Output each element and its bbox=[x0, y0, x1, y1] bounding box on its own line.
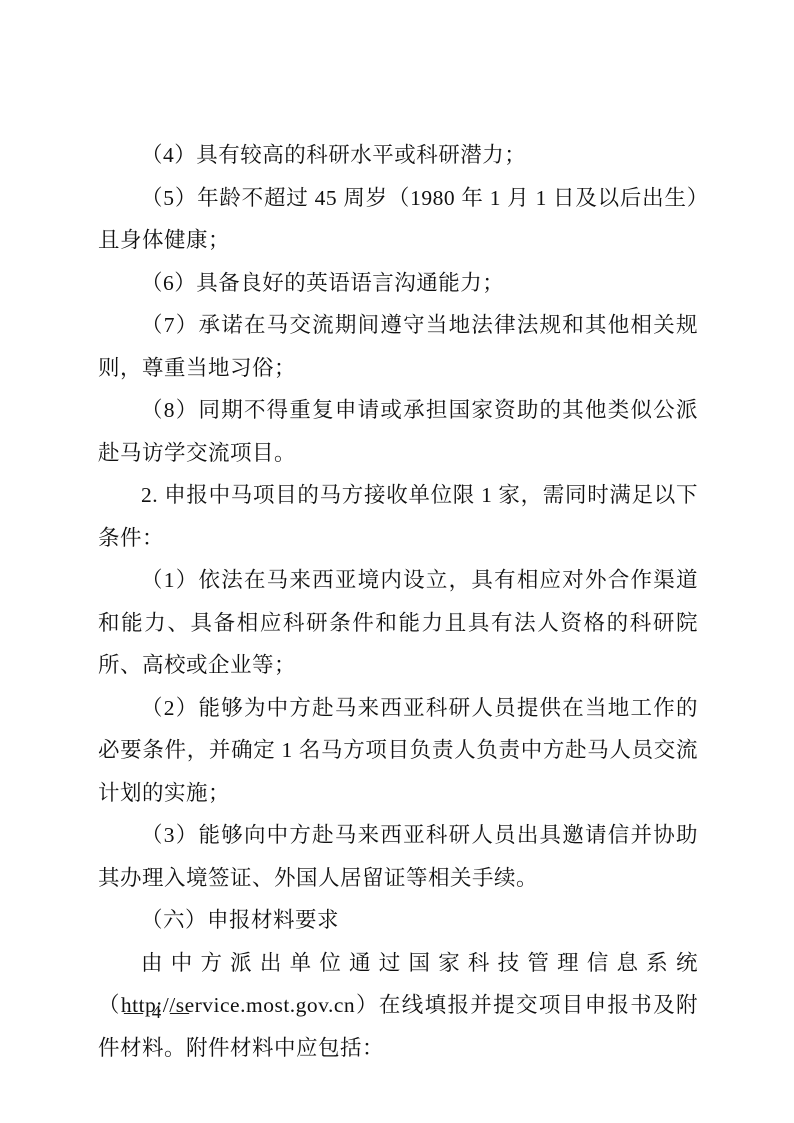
section-item-2-heading: 2. 申报中马项目的马方接收单位限 1 家，需同时满足以下条件： bbox=[98, 474, 698, 559]
section-six-heading: （六）申报材料要求 bbox=[98, 899, 698, 942]
clause-applicant-7: （7）承诺在马交流期间遵守当地法律法规和其他相关规则，尊重当地习俗； bbox=[98, 304, 698, 389]
clause-host-2: （2）能够为中方赴马来西亚科研人员提供在当地工作的必要条件，并确定 1 名马方项… bbox=[98, 687, 698, 815]
clause-host-3: （3）能够向中方赴马来西亚科研人员出具邀请信并协助其办理入境签证、外国人居留证等… bbox=[98, 814, 698, 899]
clause-host-1: （1）依法在马来西亚境内设立，具有相应对外合作渠道和能力、具备相应科研条件和能力… bbox=[98, 559, 698, 687]
clause-applicant-5: （5）年龄不超过 45 周岁（1980 年 1 月 1 日及以后出生）且身体健康… bbox=[98, 177, 698, 262]
clause-applicant-8: （8）同期不得重复申请或承担国家资助的其他类似公派赴马访学交流项目。 bbox=[98, 389, 698, 474]
clause-applicant-6: （6）具备良好的英语语言沟通能力； bbox=[98, 262, 698, 305]
clause-applicant-4: （4）具有较高的科研水平或科研潜力； bbox=[98, 134, 698, 177]
document-body: （4）具有较高的科研水平或科研潜力； （5）年龄不超过 45 周岁（1980 年… bbox=[98, 134, 698, 1069]
page-number: — 4 — bbox=[124, 1001, 191, 1025]
document-page: （4）具有较高的科研水平或科研潜力； （5）年龄不超过 45 周岁（1980 年… bbox=[0, 0, 794, 1123]
